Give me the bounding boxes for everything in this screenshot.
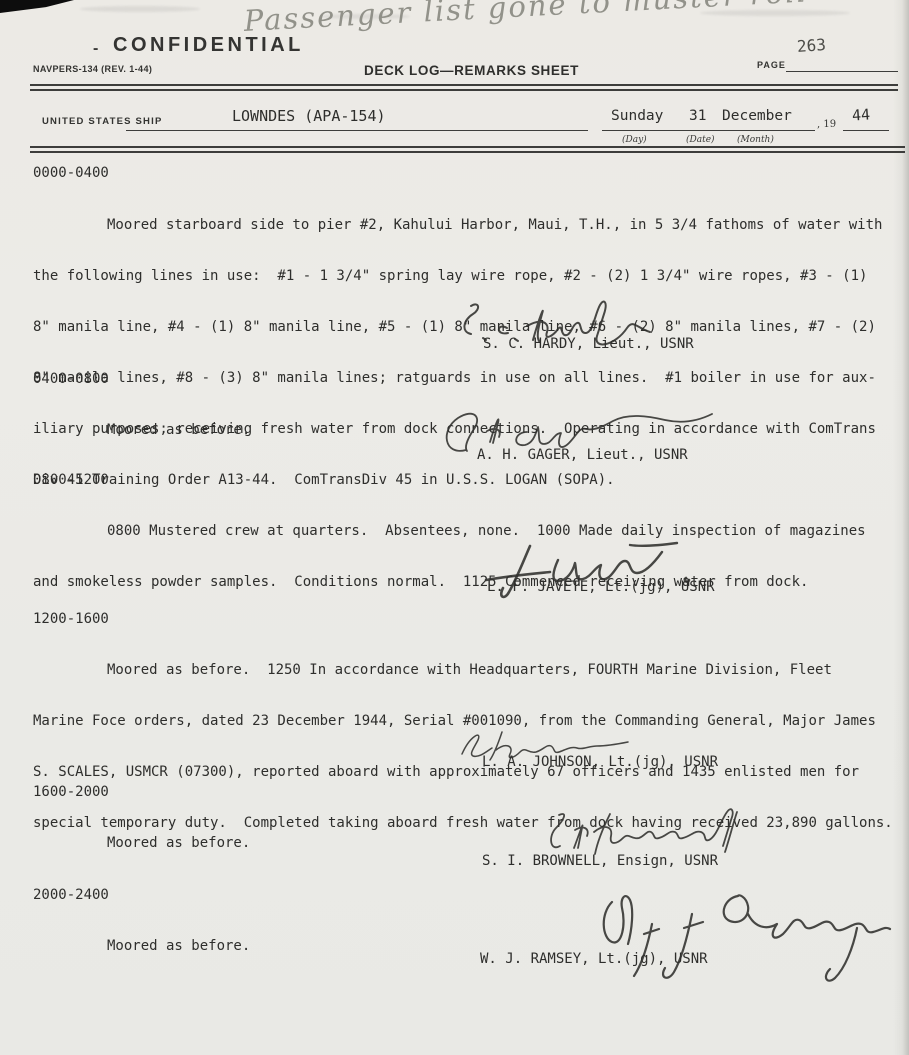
year-value: 44 bbox=[851, 106, 870, 124]
entry-time: 0400-0800 bbox=[33, 371, 109, 388]
header-rule bbox=[30, 84, 898, 91]
entry-line: and smokeless powder samples. Conditions… bbox=[33, 574, 866, 591]
year-underline bbox=[843, 130, 889, 131]
entry-remarks: Moored as before. bbox=[33, 801, 250, 886]
ship-underline bbox=[126, 130, 588, 131]
entry-line: Moored as before. bbox=[33, 422, 250, 439]
form-number: NAVPERS-134 (REV. 1-44) bbox=[33, 64, 152, 74]
day-value: Sunday bbox=[611, 108, 663, 125]
entry-line: Moored as before. 1250 In accordance wit… bbox=[33, 662, 893, 679]
year-prefix: , 19 bbox=[817, 119, 836, 130]
signature-name: A. H. GAGER, Lieut., USNR bbox=[477, 447, 688, 464]
day-label: (Day) bbox=[622, 135, 647, 145]
signature-icon bbox=[592, 886, 892, 998]
page-number: 263 bbox=[796, 35, 826, 56]
month-value: December bbox=[722, 108, 792, 125]
date-underline bbox=[602, 130, 815, 131]
handwritten-note: Passenger list gone to muster roll bbox=[243, 0, 808, 38]
smudge-mark bbox=[80, 6, 200, 12]
month-label: (Month) bbox=[737, 135, 774, 145]
entry-time: 0800-1200 bbox=[33, 472, 109, 489]
confidential-stamp: CONFIDENTIAL bbox=[113, 34, 304, 57]
ship-name: LOWNDES (APA-154) bbox=[232, 108, 386, 125]
signature-name: S. C. HARDY, Lieut., USNR bbox=[483, 336, 694, 353]
entry-line: Moored as before. bbox=[33, 938, 250, 955]
date-value: 31 bbox=[689, 108, 706, 125]
entry-time: 2000-2400 bbox=[33, 887, 109, 904]
page-label: PAGE bbox=[757, 60, 786, 70]
entry-line: the following lines in use: #1 - 1 3/4" … bbox=[33, 268, 882, 285]
page-underline bbox=[786, 71, 898, 72]
date-label: (Date) bbox=[686, 135, 715, 145]
scan-corner-mark bbox=[0, 0, 74, 13]
ship-rule bbox=[30, 146, 905, 153]
entry-time: 0000-0400 bbox=[33, 165, 109, 182]
sheet-title: DECK LOG—REMARKS SHEET bbox=[364, 63, 579, 78]
entry-remarks: Moored as before. bbox=[33, 388, 250, 473]
entry-line: 8" manila lines, #8 - (3) 8" manila line… bbox=[33, 370, 882, 387]
entry-time: 1200-1600 bbox=[33, 611, 109, 628]
entry-line: 0800 Mustered crew at quarters. Absentee… bbox=[33, 523, 866, 540]
stray-dash-mark: - bbox=[93, 40, 98, 58]
entry-line: S. SCALES, USMCR (07300), reported aboar… bbox=[33, 764, 893, 781]
entry-remarks: 0800 Mustered crew at quarters. Absentee… bbox=[33, 489, 866, 625]
entry-line: Div 45 Training Order A13-44. ComTransDi… bbox=[33, 472, 882, 489]
signature-name: L. F. JAVETE, Lt.(jg), USNR bbox=[487, 579, 715, 596]
ship-label: UNITED STATES SHIP bbox=[42, 116, 162, 127]
signature-name: L. A. JOHNSON, Lt.(jg), USNR bbox=[482, 754, 718, 771]
entry-line: Moored starboard side to pier #2, Kahulu… bbox=[33, 217, 882, 234]
entry-remarks: Moored as before. bbox=[33, 904, 250, 989]
entry-line: Moored as before. bbox=[33, 835, 250, 852]
signature-name: S. I. BROWNELL, Ensign, USNR bbox=[482, 853, 718, 870]
deck-log-page: - CONFIDENTIAL Passenger list gone to mu… bbox=[0, 0, 909, 1055]
entry-time: 1600-2000 bbox=[33, 784, 109, 801]
